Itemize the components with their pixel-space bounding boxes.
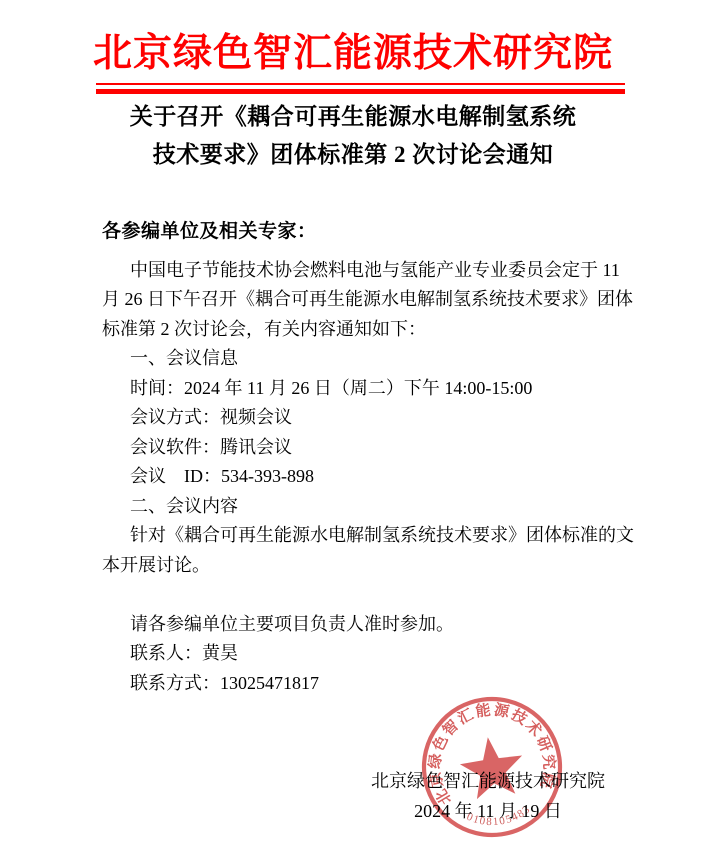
meeting-time: 时间：2024 年 11 月 26 日（周二）下午 14:00-15:00 <box>102 374 634 404</box>
meeting-software: 会议软件：腾讯会议 <box>102 433 634 463</box>
body-line: 标准第 2 次讨论会，有关内容通知如下： <box>102 315 634 345</box>
body-line: 针对《耦合可再生能源水电解制氢系统技术要求》团体标准的文 <box>102 521 634 551</box>
document-title-line-1: 关于召开《耦合可再生能源水电解制氢系统 <box>0 98 706 136</box>
letterhead-rule-thick <box>96 89 625 94</box>
notice-document: 北京绿色智汇能源技术研究院 关于召开《耦合可再生能源水电解制氢系统 技术要求》团… <box>0 0 706 854</box>
meeting-id: 会议 ID：534-393-898 <box>102 462 634 492</box>
blank-line <box>102 580 634 610</box>
document-title-line-2: 技术要求》团体标准第 2 次讨论会通知 <box>0 136 706 174</box>
seal-star-icon <box>457 733 527 801</box>
body-line: 中国电子节能技术协会燃料电池与氢能产业专业委员会定于 11 <box>102 256 634 286</box>
letterhead-rule-thin <box>96 83 625 85</box>
section-heading-1: 一、会议信息 <box>102 344 634 374</box>
body-line: 本开展讨论。 <box>102 551 634 581</box>
document-title: 关于召开《耦合可再生能源水电解制氢系统 技术要求》团体标准第 2 次讨论会通知 <box>0 98 706 174</box>
body-line: 月 26 日下午召开《耦合可再生能源水电解制氢系统技术要求》团体 <box>102 285 634 315</box>
salutation: 各参编单位及相关专家： <box>102 217 634 247</box>
letterhead-org-name: 北京绿色智汇能源技术研究院 <box>0 22 706 78</box>
meeting-mode: 会议方式：视频会议 <box>102 403 634 433</box>
official-seal-stamp: 北京绿色智汇能源技术研究院 0108105483 <box>406 682 577 852</box>
notice-body: 各参编单位及相关专家： 中国电子节能技术协会燃料电池与氢能产业专业委员会定于 1… <box>102 217 634 698</box>
section-heading-2: 二、会议内容 <box>102 492 634 522</box>
contact-person: 联系人：黄昊 <box>102 639 634 669</box>
closing-request: 请各参编单位主要项目负责人准时参加。 <box>102 610 634 640</box>
